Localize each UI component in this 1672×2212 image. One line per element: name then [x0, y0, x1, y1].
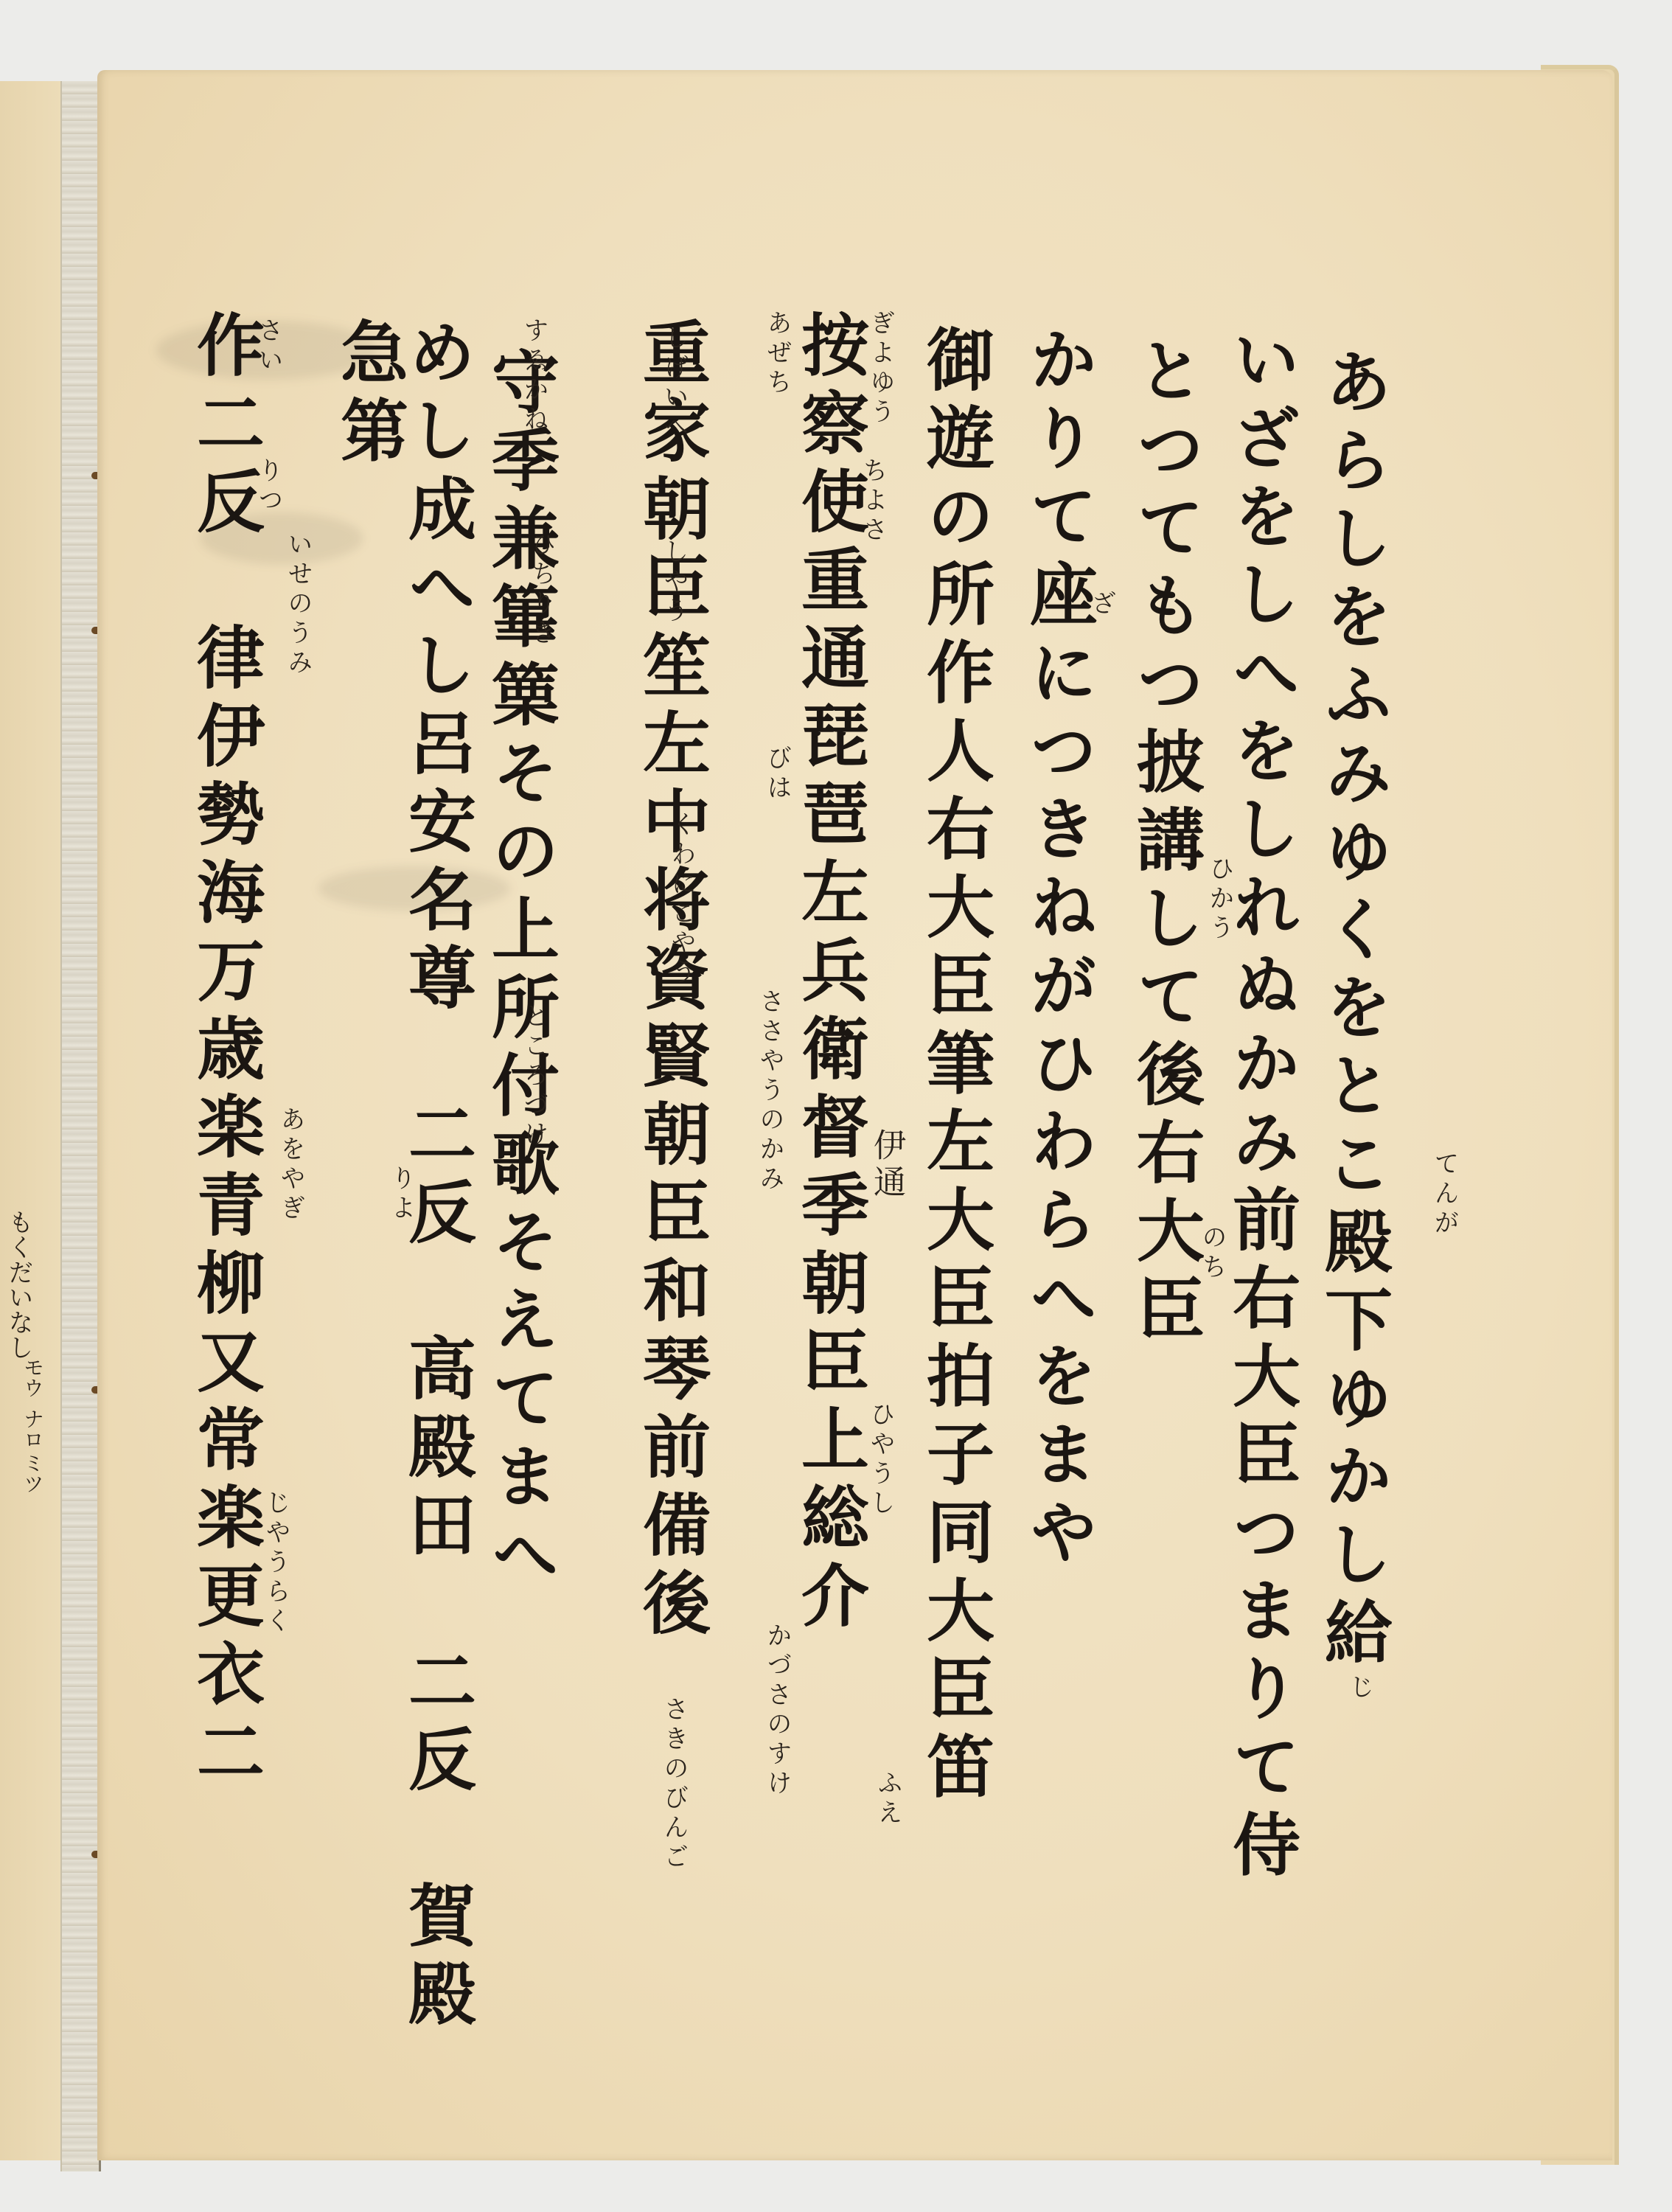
previous-page-fragment: もくだいなし: [6, 1209, 31, 1360]
ruby-annotation: すゑかね: [516, 317, 552, 435]
previous-page-fragment: ナロ: [22, 1408, 43, 1450]
ruby-annotation: のち: [1194, 1224, 1230, 1283]
text-column-6: 按察使重通琵琶左兵衛督季朝臣上総介: [796, 310, 864, 2020]
ruby-annotation: ところづけ: [516, 1003, 552, 1150]
ruby-annotation: あぜち: [759, 310, 795, 398]
ruby-annotation: しやう: [656, 538, 692, 627]
ruby-annotation: ふえ: [870, 1770, 906, 1829]
ruby-annotation: ひちりき: [523, 531, 560, 649]
ruby-annotation: ひかう: [1202, 855, 1238, 944]
ruby-annotation: さい: [251, 317, 287, 376]
ruby-annotation: びは: [759, 745, 795, 804]
text-column-1: あらしをふみゆくをとこ殿下ゆかし給: [1320, 347, 1387, 2042]
ruby-annotation: さきのびんご: [656, 1696, 692, 1873]
previous-page-fragment: ミツ: [22, 1453, 43, 1494]
ruby-annotation: くわにこやう: [663, 811, 700, 988]
ruby-annotation: じやうらく: [258, 1489, 294, 1637]
previous-page-edge: もくだいなし モウ ナロ ミツ: [0, 81, 63, 2160]
text-column-2: いざをしへをしれぬかみ前右大臣つまりて侍: [1227, 324, 1295, 2020]
ruby-annotation: てんが: [1427, 1150, 1463, 1239]
ruby-annotation: いせのうみ: [280, 531, 316, 678]
previous-page-fragment: モウ: [22, 1357, 43, 1398]
text-column-3: とつてもつ披講して後右大臣: [1132, 335, 1199, 2031]
ruby-annotation: ささやうのかみ: [752, 988, 788, 1194]
binding-spine: [60, 81, 101, 2171]
ruby-annotation: しげいへ: [656, 324, 692, 442]
ruby-annotation: りつ: [251, 457, 287, 516]
text-column-10: 作二反 律伊勢海万歳楽青柳又常楽更衣二: [192, 310, 259, 2042]
text-column-5: 御遊の所作人右大臣筆左大臣拍子同大臣笛: [922, 324, 989, 2020]
ruby-annotation: あをやぎ: [273, 1106, 309, 1224]
ruby-annotation: ざ: [1084, 590, 1120, 619]
text-column-4: かりて座につきねがひわらへをまや: [1025, 324, 1093, 2020]
ruby-annotation: じ: [1342, 1674, 1378, 1703]
ruby-annotation: かづさのすけ: [759, 1622, 795, 1799]
ruby-annotation: りよ: [383, 1165, 419, 1224]
